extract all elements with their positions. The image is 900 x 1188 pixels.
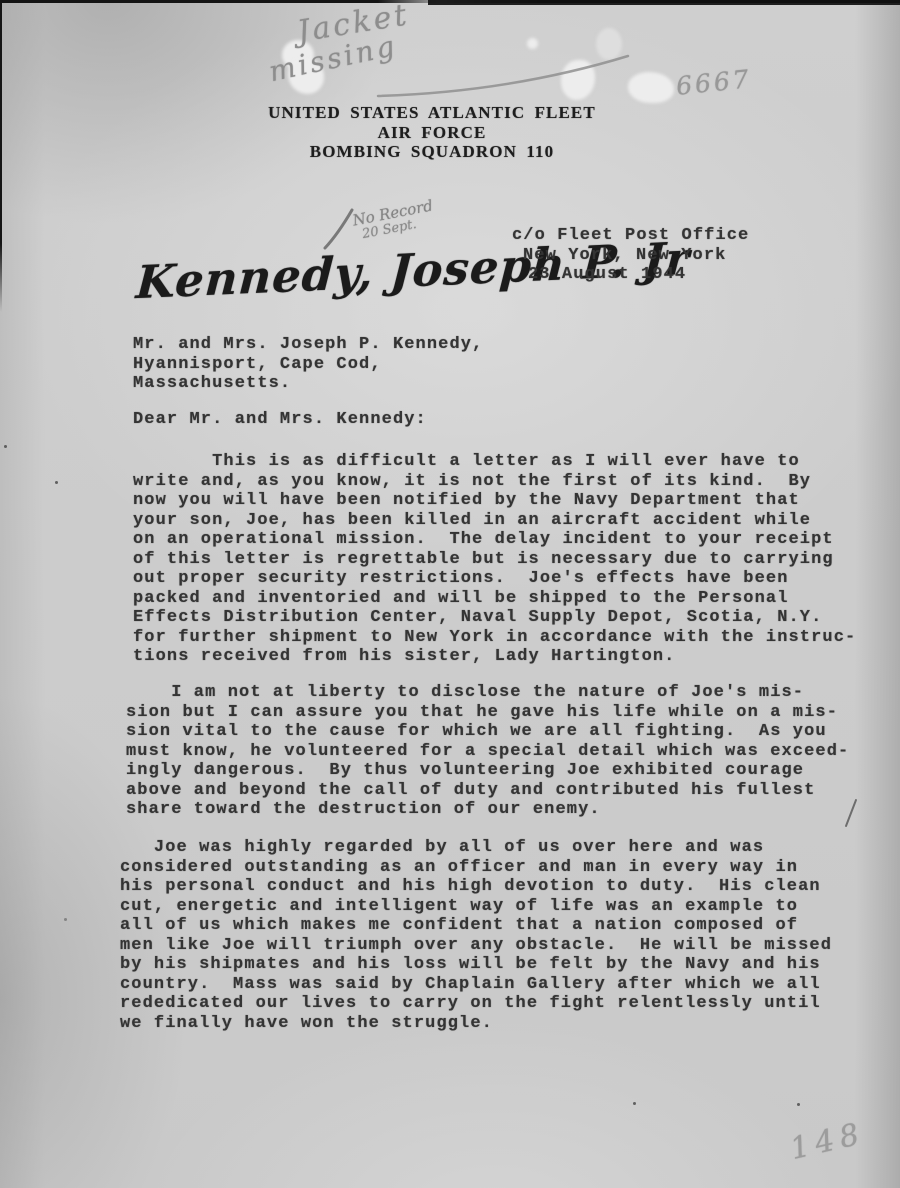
text-line: on an operational mission. The delay inc… (133, 530, 856, 550)
body-paragraph-3: Joe was highly regarded by all of us ove… (120, 838, 832, 1033)
text-line: write and, as you know, it is not the fi… (133, 472, 856, 492)
dust-speck (55, 481, 58, 484)
text-line: share toward the destruction of our enem… (126, 800, 849, 820)
return-address-block: c/o Fleet Post OfficeNew York, New York2… (512, 226, 749, 285)
text-line: must know, he volunteered for a special … (126, 742, 849, 762)
text-line: sion vital to the cause for which we are… (126, 722, 849, 742)
text-line: we finally have won the struggle. (120, 1014, 832, 1034)
text-line: for further shipment to New York in acco… (133, 628, 856, 648)
paper-blemish (527, 38, 538, 49)
dust-speck (797, 1103, 800, 1106)
text-line: Mr. and Mrs. Joseph P. Kennedy, (133, 335, 483, 355)
text-line: now you will have been notified by the N… (133, 491, 856, 511)
text-line: BOMBING SQUADRON 110 (132, 142, 732, 162)
salutation: Dear Mr. and Mrs. Kennedy: (133, 410, 427, 430)
text-line: his personal conduct and his high devoti… (120, 877, 832, 897)
text-line: out proper security restrictions. Joe's … (133, 569, 856, 589)
paper-blemish (628, 72, 674, 103)
text-line: UNITED STATES ATLANTIC FLEET (132, 103, 732, 123)
text-line: This is as difficult a letter as I will … (133, 452, 856, 472)
comma-stroke (325, 210, 352, 248)
scan-edge-left (0, 0, 2, 312)
text-line: tions received from his sister, Lady Har… (133, 647, 856, 667)
text-line: ingly dangerous. By thus volunteering Jo… (126, 761, 849, 781)
dust-speck (64, 918, 67, 921)
body-paragraph-1: This is as difficult a letter as I will … (133, 452, 856, 667)
text-line: sion but I can assure you that he gave h… (126, 703, 849, 723)
text-line: c/o Fleet Post Office (512, 226, 749, 246)
text-line: all of us which makes me confident that … (120, 916, 832, 936)
text-line: Hyannisport, Cape Cod, (133, 355, 483, 375)
text-line: Massachusetts. (133, 374, 483, 394)
scan-edge-top-right (428, 0, 900, 5)
text-line: 23 August 1944 (528, 265, 749, 285)
file-number-note: 6667 (675, 64, 753, 101)
text-line: by his shipmates and his loss will be fe… (120, 955, 832, 975)
letterhead: UNITED STATES ATLANTIC FLEETAIR FORCEBOM… (132, 103, 732, 162)
text-line: Effects Distribution Center, Naval Suppl… (133, 608, 856, 628)
text-line: country. Mass was said by Chaplain Galle… (120, 975, 832, 995)
text-line: Joe was highly regarded by all of us ove… (120, 838, 832, 858)
text-line: New York, New York (523, 246, 749, 266)
text-line: cut, energetic and intelligent way of li… (120, 897, 832, 917)
dust-speck (4, 445, 7, 448)
text-line: AIR FORCE (132, 123, 732, 143)
text-line: packed and inventoried and will be shipp… (133, 589, 856, 609)
paper-blemish (596, 28, 622, 60)
text-line: your son, Joe, has been killed in an air… (133, 511, 856, 531)
body-paragraph-2: I am not at liberty to disclose the natu… (126, 683, 849, 820)
paper-blemish (561, 60, 595, 100)
text-line: rededicated our lives to carry on the fi… (120, 994, 832, 1014)
page-number: 148 (787, 1116, 868, 1167)
dust-speck (633, 1102, 636, 1105)
text-line: considered outstanding as an officer and… (120, 858, 832, 878)
text-line: of this letter is regrettable but is nec… (133, 550, 856, 570)
scanned-letter-page: Jacket missing 6667 No Record 20 Sept. K… (0, 0, 900, 1188)
text-line: I am not at liberty to disclose the natu… (126, 683, 849, 703)
recipient-address-block: Mr. and Mrs. Joseph P. Kennedy,Hyannispo… (133, 335, 483, 394)
text-line: above and beyond the call of duty and co… (126, 781, 849, 801)
text-line: men like Joe will triumph over any obsta… (120, 936, 832, 956)
